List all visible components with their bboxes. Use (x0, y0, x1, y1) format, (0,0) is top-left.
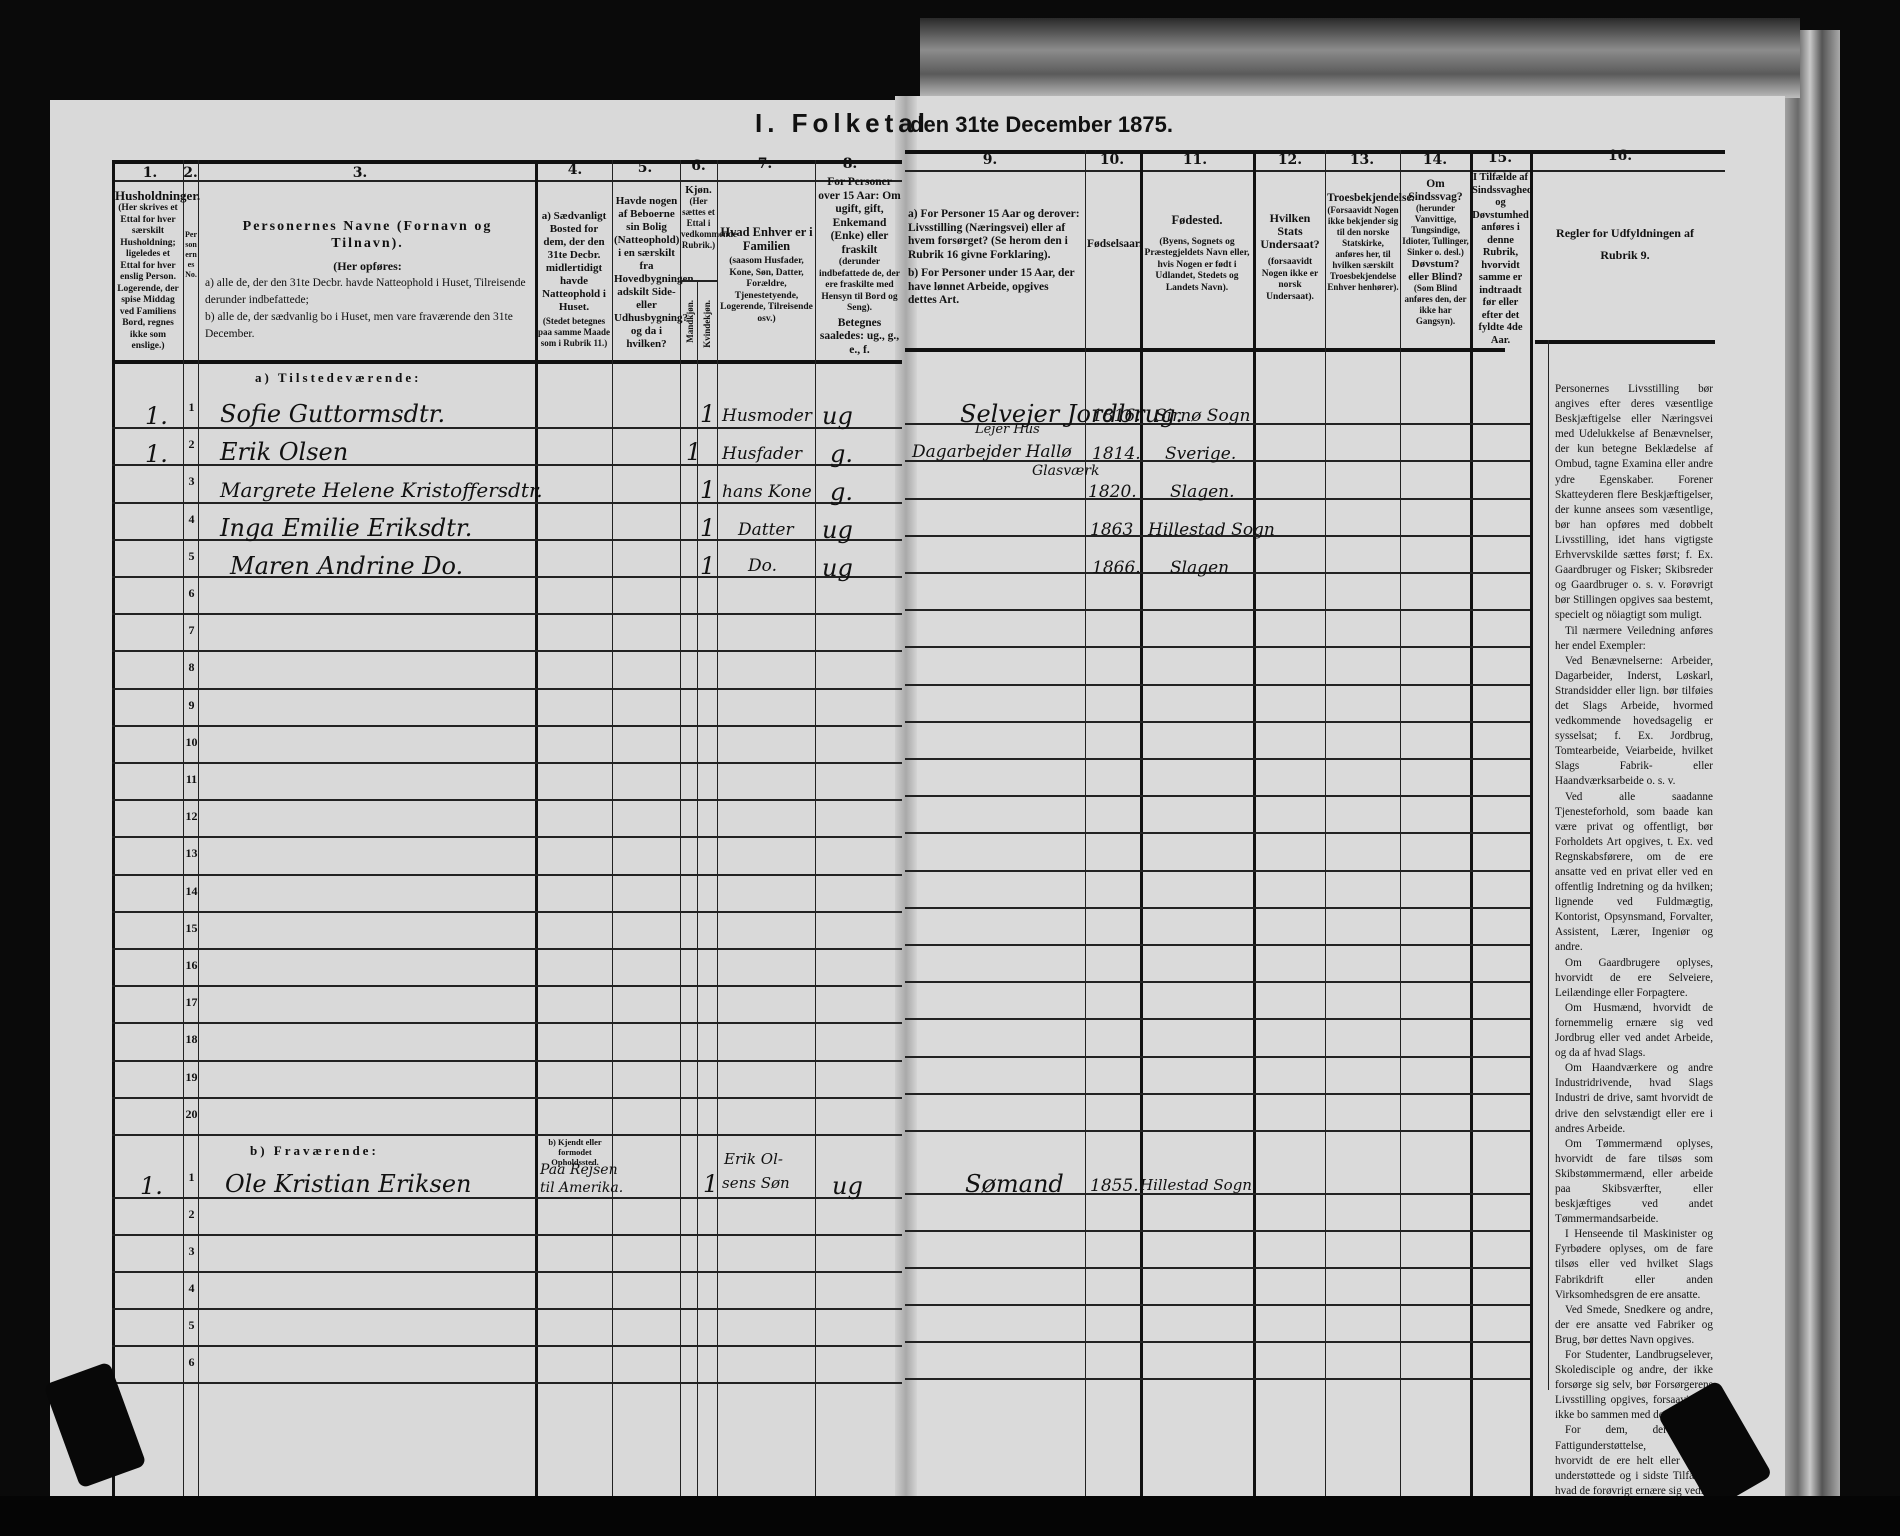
row-number: 17 (185, 995, 198, 1010)
column-number-1: 1. (130, 165, 170, 181)
header-text: Om Sindssvag? (1402, 178, 1469, 203)
column-number-2: 2. (183, 165, 198, 181)
page-title-date: den 31te December 1875. (910, 112, 1173, 138)
occupation-line3: Glasværk (1032, 463, 1099, 479)
column-header-16: Regler for Udfyldningen af Rubrik 9. (1545, 222, 1705, 266)
header-note: (Byens, Sognets og Præstegjeldets Navn e… (1143, 237, 1251, 295)
row-number: 20 (185, 1107, 198, 1122)
row-number: 14 (185, 884, 198, 899)
household-mark: 1. (145, 402, 168, 430)
row-number: 6 (185, 586, 198, 601)
row-rule (905, 832, 1530, 834)
header-text: Troesbekjendelse. (1327, 192, 1399, 205)
row-rule (905, 944, 1530, 946)
row-number: 4 (185, 512, 198, 527)
sex-female-mark: 1 (700, 514, 715, 542)
row-number: 13 (185, 846, 198, 861)
column-header-12: Hvilken Stats Undersaat? (forsaavidt Nog… (1256, 212, 1324, 303)
col-border (183, 160, 184, 1500)
row-number: 3 (185, 474, 198, 489)
rules-text-block: Personernes Livsstilling bør angives eft… (1555, 382, 1713, 1499)
header-note: (herunder Vanvittige, Tungsindige, Idiot… (1402, 203, 1469, 258)
sex-male-mark: 1 (686, 438, 701, 466)
column-number-11: 11. (1175, 152, 1215, 168)
column-header-6-male: Mandkjøn. (684, 300, 696, 343)
row-rule (112, 688, 902, 690)
family-role: Do. (748, 556, 777, 576)
row-rule (905, 609, 1530, 611)
header-text: Fødested. (1143, 215, 1251, 227)
sex-female-mark: 1 (700, 552, 715, 580)
person-name: Maren Andrine Do. (230, 552, 463, 580)
header-note: (Her opføres: (205, 260, 530, 273)
col-border (1085, 150, 1086, 1500)
header-note: (Forsaavidt Nogen ikke bekjender sig til… (1327, 205, 1399, 293)
column-header-4: a) Sædvanligt Bosted for dem, der den 31… (537, 210, 611, 349)
row-number: 16 (185, 958, 198, 973)
header-note-b: b) For Personer under 15 Aar, der have l… (908, 267, 1080, 308)
col-border (1253, 150, 1256, 1500)
colnum-rule-right (905, 170, 1725, 172)
column-header-1: Husholdninger. (Her skrives et Ettal for… (115, 188, 181, 353)
birthplace: Hillestad Sogn (1140, 1176, 1252, 1194)
header-code: Betegnes saaledes: ug., g., e., f. (817, 317, 902, 358)
header-note: (forsaavidt Nogen ikke er norsk Undersaa… (1256, 257, 1324, 303)
row-rule (112, 650, 902, 652)
family-role: Husmoder (722, 406, 812, 426)
person-name: Sofie Guttormsdtr. (220, 400, 445, 428)
birthplace: Hillestad Sogn (1148, 520, 1275, 540)
row-number: 4 (185, 1281, 198, 1296)
row-rule (905, 1018, 1530, 1020)
marital-status: ug (822, 554, 853, 582)
row-rule (112, 1345, 902, 1347)
column-number-8: 8. (830, 156, 870, 172)
row-number: 7 (185, 623, 198, 638)
rules-paragraph: Om Husmænd, hvorvidt de fornemmelig ernæ… (1555, 1001, 1713, 1061)
column-number-15: 15. (1480, 150, 1520, 166)
header-note-a: a) For Personer 15 Aar og derover: Livss… (908, 208, 1080, 262)
row-rule (905, 1056, 1530, 1058)
row-rule (905, 981, 1530, 983)
header-note: (Stedet betegnes paa samme Maade som i R… (537, 316, 611, 349)
marital-status: ug (832, 1172, 863, 1200)
row-rule (112, 1022, 902, 1024)
header-note-a: a) alle de, der den 31te Decbr. havde Na… (205, 275, 530, 309)
row-rule (905, 1267, 1530, 1269)
column-header-14: Om Sindssvag? (herunder Vanvittige, Tung… (1402, 178, 1469, 327)
row-number: 3 (185, 1244, 198, 1259)
row-rule (905, 907, 1530, 909)
rules-paragraph: Om Haandværkere og andre Industridrivend… (1555, 1061, 1713, 1136)
rules-paragraph: Om Tømmermænd oplyses, hvorvidt de fare … (1555, 1137, 1713, 1228)
birth-year: 1816. (1092, 406, 1141, 426)
header-note-b: b) alle de, der sædvanlig bo i Huset, me… (205, 309, 530, 343)
col-border (1530, 150, 1533, 1500)
column-header-6: Kjøn. (Her sættes et Ettal i vedkommende… (681, 185, 716, 251)
birth-year: 1863 (1090, 520, 1133, 540)
person-name: Margrete Helene Kristoffersdtr. (220, 478, 543, 502)
person-name: Inga Emilie Eriksdtr. (220, 514, 472, 542)
column-header-5: Havde nogen af Beboerne sin Bolig (Natte… (614, 195, 679, 351)
header-text-2: Døvstum? eller Blind? (1402, 258, 1469, 283)
header-note-2: (Som Blind anføres den, der ikke har Gan… (1402, 283, 1469, 327)
family-role-line2: sens Søn (722, 1174, 790, 1192)
rules-paragraph: Ved Smede, Snedkere og andre, der ere an… (1555, 1303, 1713, 1348)
column-number-14: 14. (1415, 152, 1455, 168)
row-rule (905, 1130, 1530, 1132)
row-rule (112, 911, 902, 913)
birthplace: Slagen. (1170, 482, 1235, 502)
header-text: a) Sædvanligt Bosted for dem, der den 31… (537, 210, 611, 314)
row-rule (112, 1234, 902, 1236)
marital-status: ug (822, 516, 853, 544)
header-bottom-rule-rules (1535, 340, 1715, 344)
header-text: Hvad Enhver er i Familien (720, 225, 813, 253)
row-number: 1 (185, 400, 198, 415)
column-header-8: For Personer over 15 Aar: Om ugift, gift… (817, 176, 902, 357)
column-number-4: 4. (555, 162, 595, 178)
row-rule (112, 1097, 902, 1099)
header-text: Husholdninger. (115, 188, 181, 203)
column-header-10: Fødselsaar. (1087, 238, 1139, 251)
row-rule (905, 1341, 1530, 1343)
row-rule (112, 1271, 902, 1273)
row-rule (112, 1134, 902, 1136)
column-number-6: 6. (680, 158, 717, 174)
col-border (1470, 150, 1473, 1500)
family-role: Husfader (722, 444, 802, 464)
column-number-9: 9. (970, 152, 1010, 168)
row-number: 2 (185, 437, 198, 452)
rules-paragraph: Ved Benævnelserne: Arbeider, Dagarbeider… (1555, 654, 1713, 790)
header-text: Kjøn. (681, 185, 716, 196)
sex-female-mark: 1 (700, 476, 715, 504)
column-header-9: a) For Personer 15 Aar og derover: Livss… (908, 208, 1080, 308)
page-stack-top (920, 18, 1800, 98)
marital-status: g. (830, 440, 853, 468)
person-name: Ole Kristian Eriksen (225, 1170, 471, 1198)
column-header-11: Fødested. (Byens, Sognets og Præstegjeld… (1143, 215, 1251, 294)
rules-paragraph: Ved alle saadanne Tjenesteforhold, som b… (1555, 790, 1713, 956)
row-number: 15 (185, 921, 198, 936)
rules-paragraph: Personernes Livsstilling bør angives eft… (1555, 382, 1713, 624)
row-number: 5 (185, 549, 198, 564)
occupation: Dagarbejder Hallø (912, 442, 1072, 462)
header-text: Personernes Navne (Fornavn og Tilnavn). (205, 218, 530, 252)
whereabouts-line2: til Amerika. (540, 1180, 623, 1196)
row-number: 11 (185, 772, 198, 787)
row-rule (112, 948, 902, 950)
header-note: (saasom Husfader, Kone, Søn, Datter, For… (720, 256, 813, 325)
row-rule (112, 725, 902, 727)
row-number: 8 (185, 660, 198, 675)
header-note: (Her sættes et Ettal i vedkommende Rubri… (681, 196, 716, 251)
col-border (1400, 150, 1401, 1500)
column-number-10: 10. (1092, 152, 1132, 168)
col-border (815, 160, 816, 1500)
row-rule (112, 799, 902, 801)
column-header-15: I Tilfælde af Sindssvaghed og Døvstumhed… (1472, 172, 1529, 347)
column-header-3: Personernes Navne (Fornavn og Tilnavn). … (205, 218, 530, 343)
row-number: 1 (185, 1170, 198, 1185)
row-number: 18 (185, 1032, 198, 1047)
row-rule (905, 795, 1530, 797)
col-border (612, 160, 613, 1500)
sex-female-mark: 1 (700, 400, 715, 428)
row-rule (112, 874, 902, 876)
row-number: 6 (185, 1355, 198, 1370)
birth-year: 1820. (1088, 482, 1137, 502)
header-note: (Her skrives et Ettal for hver særskilt … (115, 203, 181, 353)
row-rule (905, 1304, 1530, 1306)
column-header-13: Troesbekjendelse. (Forsaavidt Nogen ikke… (1327, 192, 1399, 293)
kjon-subrule (681, 280, 717, 282)
row-rule (905, 1378, 1530, 1380)
col-border (1325, 150, 1326, 1500)
col-border (717, 160, 718, 1500)
column-number-5: 5. (625, 160, 665, 176)
family-role: hans Kone (722, 482, 812, 502)
family-role: Datter (738, 520, 794, 540)
page-stack-edge (1780, 30, 1840, 1510)
rules-border (1548, 340, 1549, 1390)
col-border (112, 160, 115, 1500)
row-rule (112, 1060, 902, 1062)
column-header-2: Personernes No. (184, 230, 198, 280)
birthplace: Sirnø Sogn (1155, 406, 1251, 426)
birth-year: 1855. (1090, 1176, 1139, 1196)
row-rule (112, 613, 902, 615)
colnum-rule-left (112, 180, 902, 182)
row-rule (112, 985, 902, 987)
row-rule (905, 646, 1530, 648)
occupation: Sømand (965, 1170, 1064, 1198)
marital-status: g. (830, 478, 853, 506)
row-number: 10 (185, 735, 198, 750)
col-border (1140, 150, 1143, 1500)
column-number-16: 16. (1600, 148, 1640, 164)
row-number: 12 (185, 809, 198, 824)
row-rule (112, 836, 902, 838)
rules-paragraph: Til nærmere Veiledning anføres her endel… (1555, 624, 1713, 654)
row-number: 19 (185, 1070, 198, 1085)
header-text: Hvilken Stats Undersaat? (1256, 212, 1324, 251)
section-present-label: a) Tilstedeværende: (255, 370, 421, 386)
header-bottom-rule-right (905, 348, 1505, 352)
bottom-shadow (0, 1496, 1900, 1536)
column-number-3: 3. (340, 165, 380, 181)
row-rule (905, 1230, 1530, 1232)
row-rule (112, 762, 902, 764)
rules-paragraph: Om Gaardbrugere oplyses, hvorvidt de ere… (1555, 956, 1713, 1001)
column-header-6-female: Kvindekjøn. (701, 300, 713, 348)
col-border (680, 160, 681, 1500)
household-mark: 1. (145, 440, 168, 468)
birth-year: 1814. (1092, 444, 1141, 464)
header-bottom-rule-left (112, 360, 902, 364)
occupation-line1: Lejer Hus (975, 422, 1040, 437)
whereabouts-line1: Paa Rejsen (540, 1162, 618, 1178)
birthplace: Sverige. (1165, 444, 1236, 464)
header-note: (derunder indbefattede de, der ere frask… (817, 257, 902, 315)
col-border (198, 160, 199, 1500)
col-border (535, 160, 538, 1500)
family-role-line1: Erik Ol- (724, 1150, 783, 1168)
row-rule (905, 1093, 1530, 1095)
row-rule (112, 1308, 902, 1310)
sex-male-mark: 1 (703, 1170, 718, 1198)
column-number-12: 12. (1270, 152, 1310, 168)
column-number-7: 7. (745, 156, 785, 172)
row-rule (905, 758, 1530, 760)
person-name: Erik Olsen (220, 438, 348, 466)
birthplace: Slagen (1170, 558, 1229, 578)
household-mark: 1. (140, 1172, 163, 1200)
column-header-7: Hvad Enhver er i Familien (saasom Husfad… (720, 225, 813, 325)
row-rule (112, 1382, 902, 1384)
row-rule (905, 870, 1530, 872)
page-title: I. Folketal (755, 108, 930, 139)
row-number: 5 (185, 1318, 198, 1333)
row-number: 9 (185, 698, 198, 713)
row-rule (905, 721, 1530, 723)
rules-paragraph: I Henseende til Maskinister og Fyrbødere… (1555, 1227, 1713, 1302)
birth-year: 1866. (1092, 558, 1141, 578)
marital-status: ug (822, 402, 853, 430)
column-number-13: 13. (1342, 152, 1382, 168)
row-number: 2 (185, 1207, 198, 1222)
row-rule (905, 684, 1530, 686)
header-text: For Personer over 15 Aar: Om ugift, gift… (817, 176, 902, 257)
section-absent-label: b) Fraværende: (250, 1143, 379, 1159)
